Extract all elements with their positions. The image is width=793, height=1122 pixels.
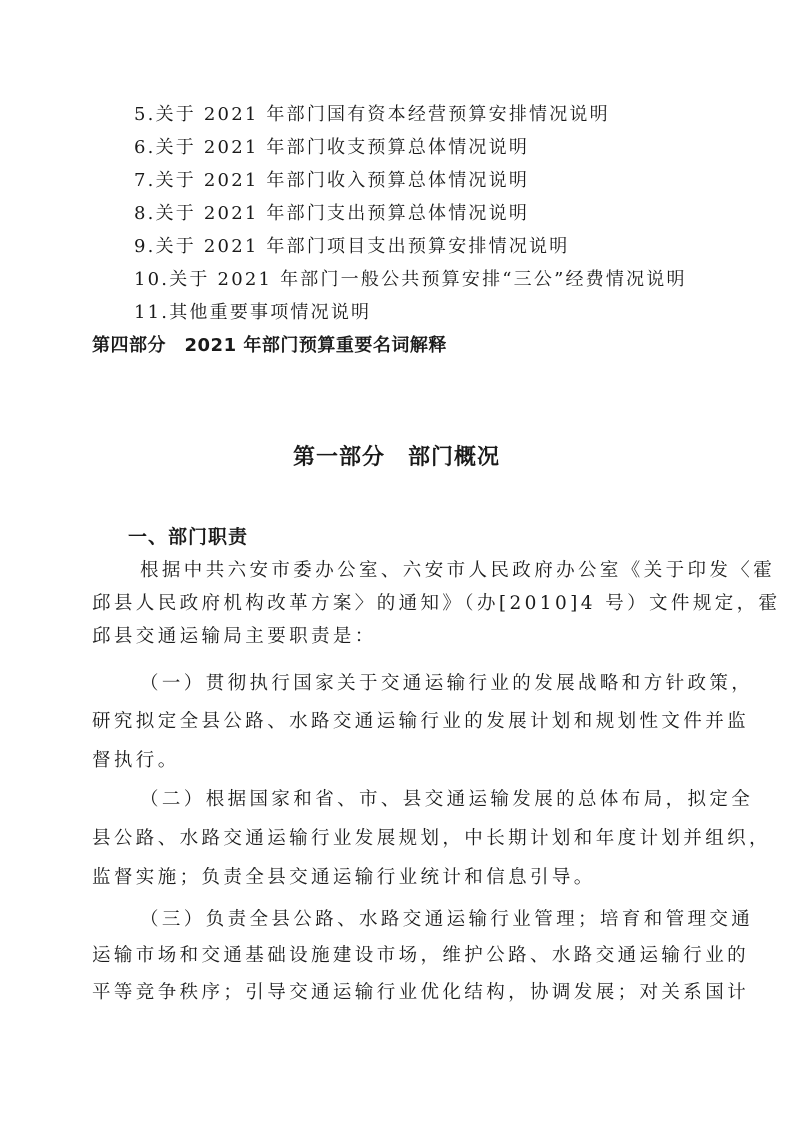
toc-item-9: 9.关于 2021 年部门项目支出预算安排情况说明 [134, 236, 569, 258]
paragraph-line: （二）根据国家和省、市、县交通运输发展的总体布局，拟定全 [140, 789, 753, 811]
paragraph-line: 邱县人民政府机构改革方案〉的通知》（办[2010]4 号）文件规定，霍 [92, 593, 780, 615]
paragraph-line: 研究拟定全县公路、水路交通运输行业的发展计划和规划性文件并监 [92, 711, 749, 733]
paragraph-line: 监督实施；负责全县交通运输行业统计和信息引导。 [92, 867, 596, 889]
toc-part-4: 第四部分 2021 年部门预算重要名词解释 [92, 335, 447, 357]
paragraph-line: 平等竞争秩序；引导交通运输行业优化结构，协调发展；对关系国计 [92, 982, 749, 1004]
document-page: 5.关于 2021 年部门国有资本经营预算安排情况说明 6.关于 2021 年部… [0, 0, 793, 1122]
toc-item-6: 6.关于 2021 年部门收支预算总体情况说明 [134, 137, 529, 159]
toc-item-10: 10.关于 2021 年部门一般公共预算安排“三公”经费情况说明 [134, 269, 687, 291]
paragraph-line: 县公路、水路交通运输行业发展规划，中长期计划和年度计划并组织， [92, 828, 771, 850]
paragraph-line: 运输市场和交通基础设施建设市场，维护公路、水路交通运输行业的 [92, 945, 749, 967]
toc-item-8: 8.关于 2021 年部门支出预算总体情况说明 [134, 203, 529, 225]
toc-item-11: 11.其他重要事项情况说明 [134, 302, 371, 324]
paragraph-line: （一）贯彻执行国家关于交通运输行业的发展战略和方针政策， [140, 673, 753, 695]
paragraph-line: 督执行。 [92, 750, 180, 772]
section-heading: 一、部门职责 [128, 522, 248, 549]
toc-item-5: 5.关于 2021 年部门国有资本经营预算安排情况说明 [134, 104, 610, 126]
part-title: 第一部分 部门概况 [0, 440, 793, 471]
paragraph-line: 邱县交通运输局主要职责是： [92, 626, 377, 648]
toc-item-7: 7.关于 2021 年部门收入预算总体情况说明 [134, 170, 529, 192]
paragraph-line: 根据中共六安市委办公室、六安市人民政府办公室《关于印发〈霍 [140, 560, 775, 582]
paragraph-line: （三）负责全县公路、水路交通运输行业管理；培育和管理交通 [140, 909, 753, 931]
